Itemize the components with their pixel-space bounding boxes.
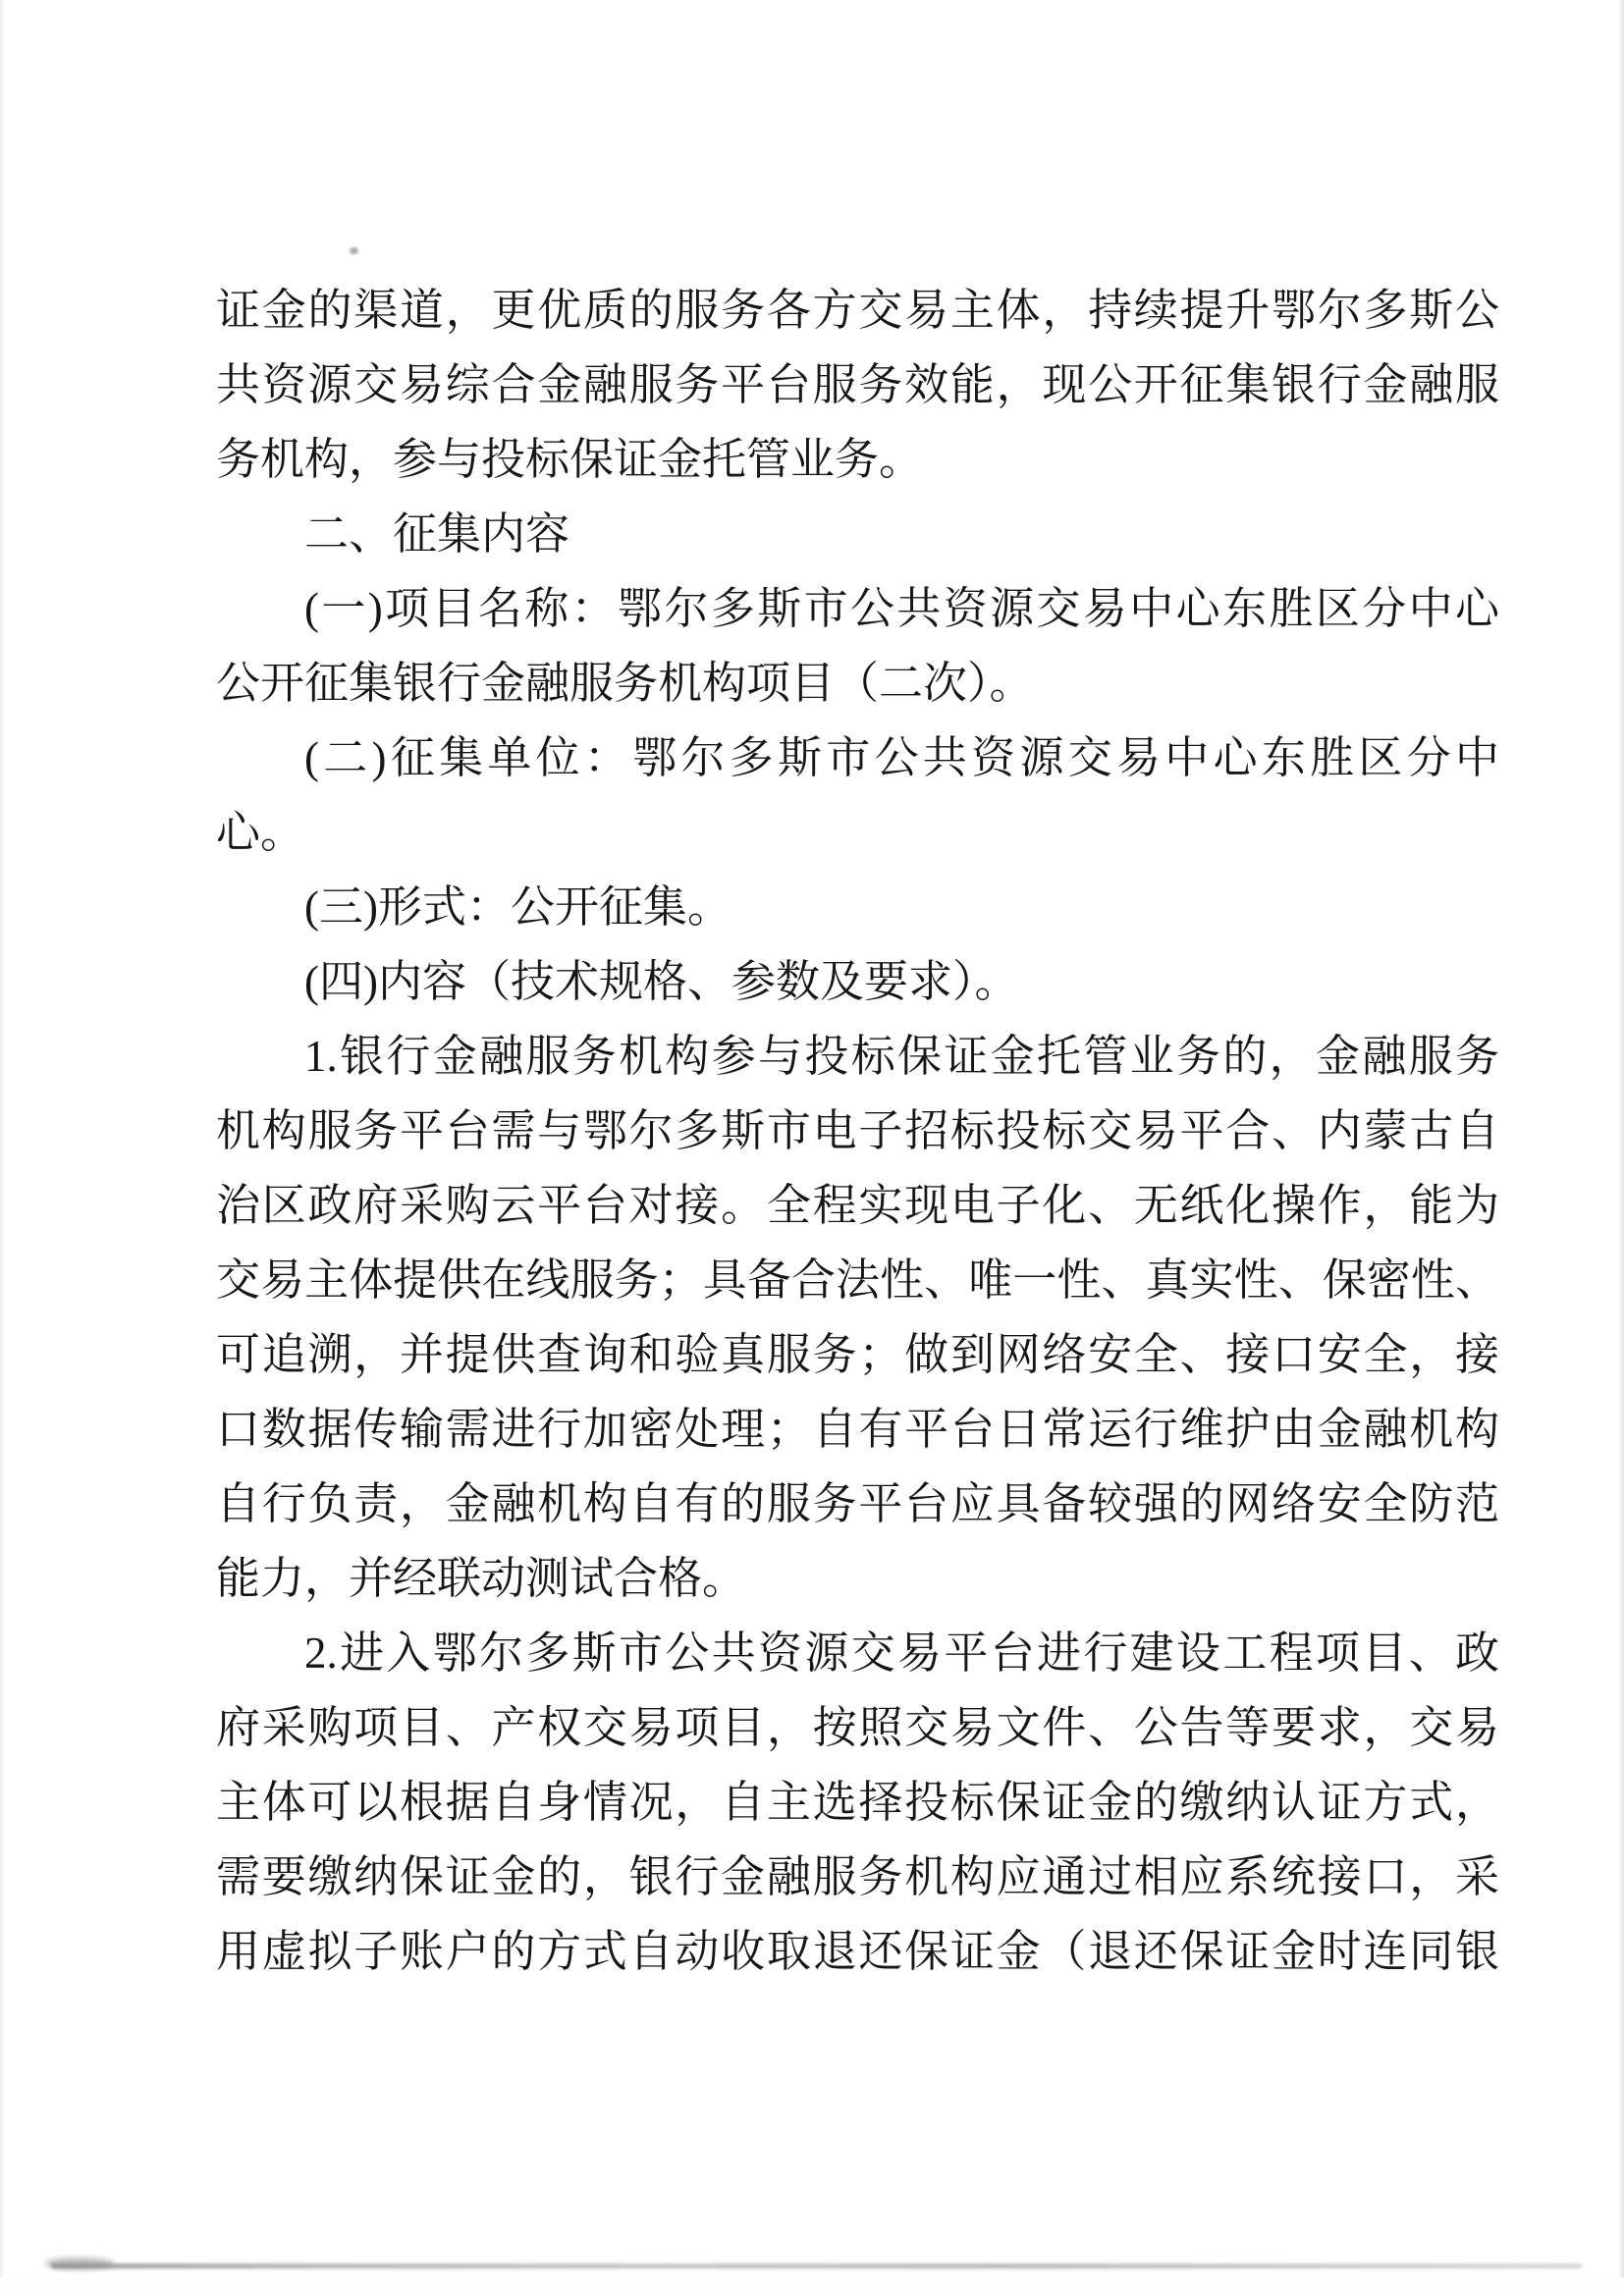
text-line-15: 可追溯，并提供查询和验真服务；做到网络安全、接口安全，接 (216, 1317, 1499, 1392)
text-line-14: 交易主体提供在线服务；具备合法性、唯一性、真实性、保密性、 (216, 1243, 1499, 1317)
text-line-3: 务机构，参与投标保证金托管业务。 (216, 422, 1499, 497)
text-line-8: 心。 (216, 795, 1499, 870)
text-line-5: (一)项目名称：鄂尔多斯市公共资源交易中心东胜区分中心 (216, 571, 1499, 646)
text-line-2: 共资源交易综合金融服务平台服务效能，现公开征集银行金融服 (216, 347, 1499, 422)
text-line-13: 治区政府采购云平台对接。全程实现电子化、无纸化操作，能为 (216, 1168, 1499, 1243)
text-line-9: (三)形式：公开征集。 (216, 870, 1499, 944)
text-line-16: 口数据传输需进行加密处理；自有平台日常运行维护由金融机构 (216, 1392, 1499, 1467)
text-line-11: 1.银行金融服务机构参与投标保证金托管业务的，金融服务 (216, 1019, 1499, 1094)
text-line-4: 二、征集内容 (216, 497, 1499, 571)
text-line-18: 能力，并经联动测试合格。 (216, 1541, 1499, 1616)
scan-bottom-margin (0, 2277, 1624, 2296)
text-line-6: 公开征集银行金融服务机构项目（二次）。 (216, 646, 1499, 721)
scan-right-edge (1618, 0, 1624, 2296)
text-line-7: (二)征集单位：鄂尔多斯市公共资源交易中心东胜区分中 (216, 721, 1499, 795)
text-line-12: 机构服务平台需与鄂尔多斯市电子招标投标交易平合、内蒙古自 (216, 1094, 1499, 1168)
scan-bottom-edge-shadow (51, 2264, 1583, 2269)
text-line-1: 证金的渠道，更优质的服务各方交易主体，持续提升鄂尔多斯公 (216, 273, 1499, 347)
text-body: 证金的渠道，更优质的服务各方交易主体，持续提升鄂尔多斯公共资源交易综合金融服务平… (216, 273, 1499, 1989)
text-line-21: 主体可以根据自身情况，自主选择投标保证金的缴纳认证方式， (216, 1765, 1499, 1840)
scan-speck-artifact (350, 247, 358, 254)
scan-left-edge (0, 0, 5, 2296)
text-line-10: (四)内容（技术规格、参数及要求）。 (216, 944, 1499, 1019)
text-line-20: 府采购项目、产权交易项目，按照交易文件、公告等要求，交易 (216, 1690, 1499, 1765)
text-line-17: 自行负责，金融机构自有的服务平台应具备较强的网络安全防范 (216, 1467, 1499, 1541)
document-page: 证金的渠道，更优质的服务各方交易主体，持续提升鄂尔多斯公共资源交易综合金融服务平… (0, 0, 1624, 2296)
text-line-19: 2.进入鄂尔多斯市公共资源交易平台进行建设工程项目、政 (216, 1616, 1499, 1690)
text-line-22: 需要缴纳保证金的，银行金融服务机构应通过相应系统接口，采 (216, 1840, 1499, 1914)
text-line-23: 用虚拟子账户的方式自动收取退还保证金（退还保证金时连同银 (216, 1914, 1499, 1989)
